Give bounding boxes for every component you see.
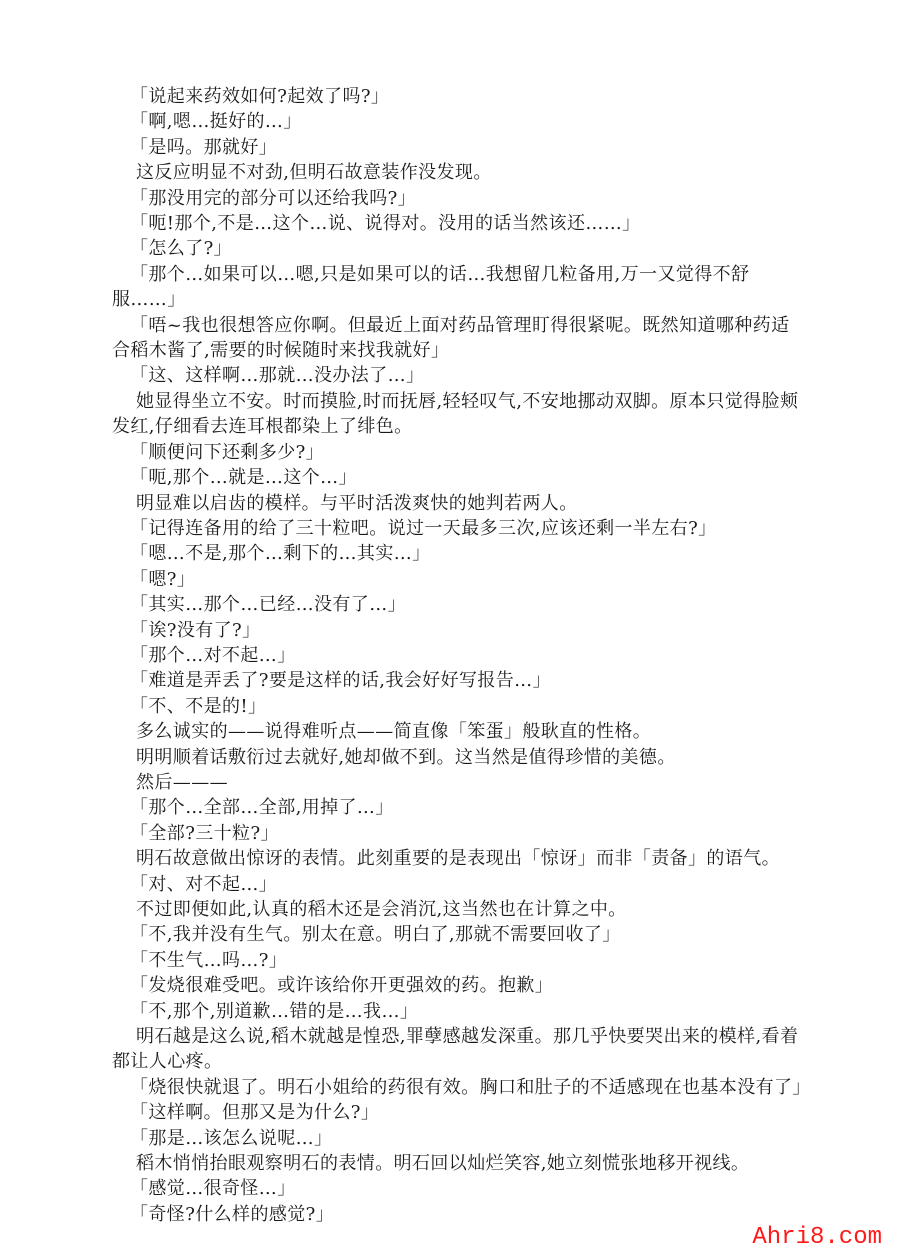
paragraph-dialogue: 「嗯…不是,那个…剩下的…其实…」 xyxy=(112,541,804,566)
paragraph-narration: 明石越是这么说,稻木就越是惶恐,罪孽感越发深重。那几乎快要哭出来的模样,看着都让… xyxy=(112,1024,804,1075)
paragraph-dialogue: 「不,那个,别道歉…错的是…我…」 xyxy=(112,999,804,1024)
paragraph-dialogue: 「啊,嗯…挺好的…」 xyxy=(112,109,804,134)
paragraph-narration: 稻木悄悄抬眼观察明石的表情。明石回以灿烂笑容,她立刻慌张地移开视线。 xyxy=(112,1151,804,1176)
paragraph-dialogue: 「奇怪?什么样的感觉?」 xyxy=(112,1202,804,1227)
paragraph-narration: 这反应明显不对劲,但明石故意装作没发现。 xyxy=(112,160,804,185)
paragraph-dialogue: 「全部?三十粒?」 xyxy=(112,821,804,846)
paragraph-narration: 多么诚实的——说得难听点——简直像「笨蛋」般耿直的性格。 xyxy=(112,719,804,744)
paragraph-dialogue: 「说起来药效如何?起效了吗?」 xyxy=(112,84,804,109)
document-page: 「说起来药效如何?起效了吗?」 「啊,嗯…挺好的…」 「是吗。那就好」 这反应明… xyxy=(112,84,804,1227)
paragraph-dialogue: 「是吗。那就好」 xyxy=(112,135,804,160)
paragraph-dialogue: 「诶?没有了?」 xyxy=(112,618,804,643)
paragraph-dialogue: 「其实…那个…已经…没有了…」 xyxy=(112,592,804,617)
paragraph-dialogue: 「唔~我也很想答应你啊。但最近上面对药品管理盯得很紧呢。既然知道哪种药适合稻木酱… xyxy=(112,313,804,364)
paragraph-dialogue: 「那没用完的部分可以还给我吗?」 xyxy=(112,186,804,211)
paragraph-dialogue: 「那个…对不起…」 xyxy=(112,643,804,668)
paragraph-dialogue: 「这样啊。但那又是为什么?」 xyxy=(112,1100,804,1125)
paragraph-dialogue: 「这、这样啊…那就…没办法了…」 xyxy=(112,363,804,388)
paragraph-dialogue: 「记得连备用的给了三十粒吧。说过一天最多三次,应该还剩一半左右?」 xyxy=(112,516,804,541)
paragraph-dialogue: 「不、不是的!」 xyxy=(112,694,804,719)
paragraph-dialogue: 「那个…如果可以…嗯,只是如果可以的话…我想留几粒备用,万一又觉得不舒服……」 xyxy=(112,262,804,313)
paragraph-dialogue: 「嗯?」 xyxy=(112,567,804,592)
paragraph-dialogue: 「呃!那个,不是…这个…说、说得对。没用的话当然该还……」 xyxy=(112,211,804,236)
paragraph-dialogue: 「发烧很难受吧。或许该给你开更强效的药。抱歉」 xyxy=(112,973,804,998)
watermark-text: Ahri8.com xyxy=(752,1224,882,1251)
paragraph-dialogue: 「烧很快就退了。明石小姐给的药很有效。胸口和肚子的不适感现在也基本没有了」 xyxy=(112,1075,804,1100)
paragraph-narration: 明明顺着话敷衍过去就好,她却做不到。这当然是值得珍惜的美德。 xyxy=(112,745,804,770)
paragraph-narration: 不过即便如此,认真的稻木还是会消沉,这当然也在计算之中。 xyxy=(112,897,804,922)
paragraph-dialogue: 「难道是弄丢了?要是这样的话,我会好好写报告…」 xyxy=(112,668,804,693)
paragraph-dialogue: 「怎么了?」 xyxy=(112,236,804,261)
paragraph-dialogue: 「呃,那个…就是…这个…」 xyxy=(112,465,804,490)
paragraph-dialogue: 「那个…全部…全部,用掉了…」 xyxy=(112,795,804,820)
paragraph-narration: 然后——— xyxy=(112,770,804,795)
paragraph-narration: 明显难以启齿的模样。与平时活泼爽快的她判若两人。 xyxy=(112,491,804,516)
paragraph-narration: 明石故意做出惊讶的表情。此刻重要的是表现出「惊讶」而非「责备」的语气。 xyxy=(112,846,804,871)
paragraph-dialogue: 「不生气…吗…?」 xyxy=(112,948,804,973)
paragraph-dialogue: 「对、对不起…」 xyxy=(112,872,804,897)
paragraph-dialogue: 「感觉…很奇怪…」 xyxy=(112,1176,804,1201)
paragraph-dialogue: 「顺便问下还剩多少?」 xyxy=(112,440,804,465)
paragraph-dialogue: 「那是…该怎么说呢…」 xyxy=(112,1126,804,1151)
paragraph-dialogue: 「不,我并没有生气。别太在意。明白了,那就不需要回收了」 xyxy=(112,922,804,947)
paragraph-narration: 她显得坐立不安。时而摸脸,时而抚唇,轻轻叹气,不安地挪动双脚。原本只觉得脸颊发红… xyxy=(112,389,804,440)
